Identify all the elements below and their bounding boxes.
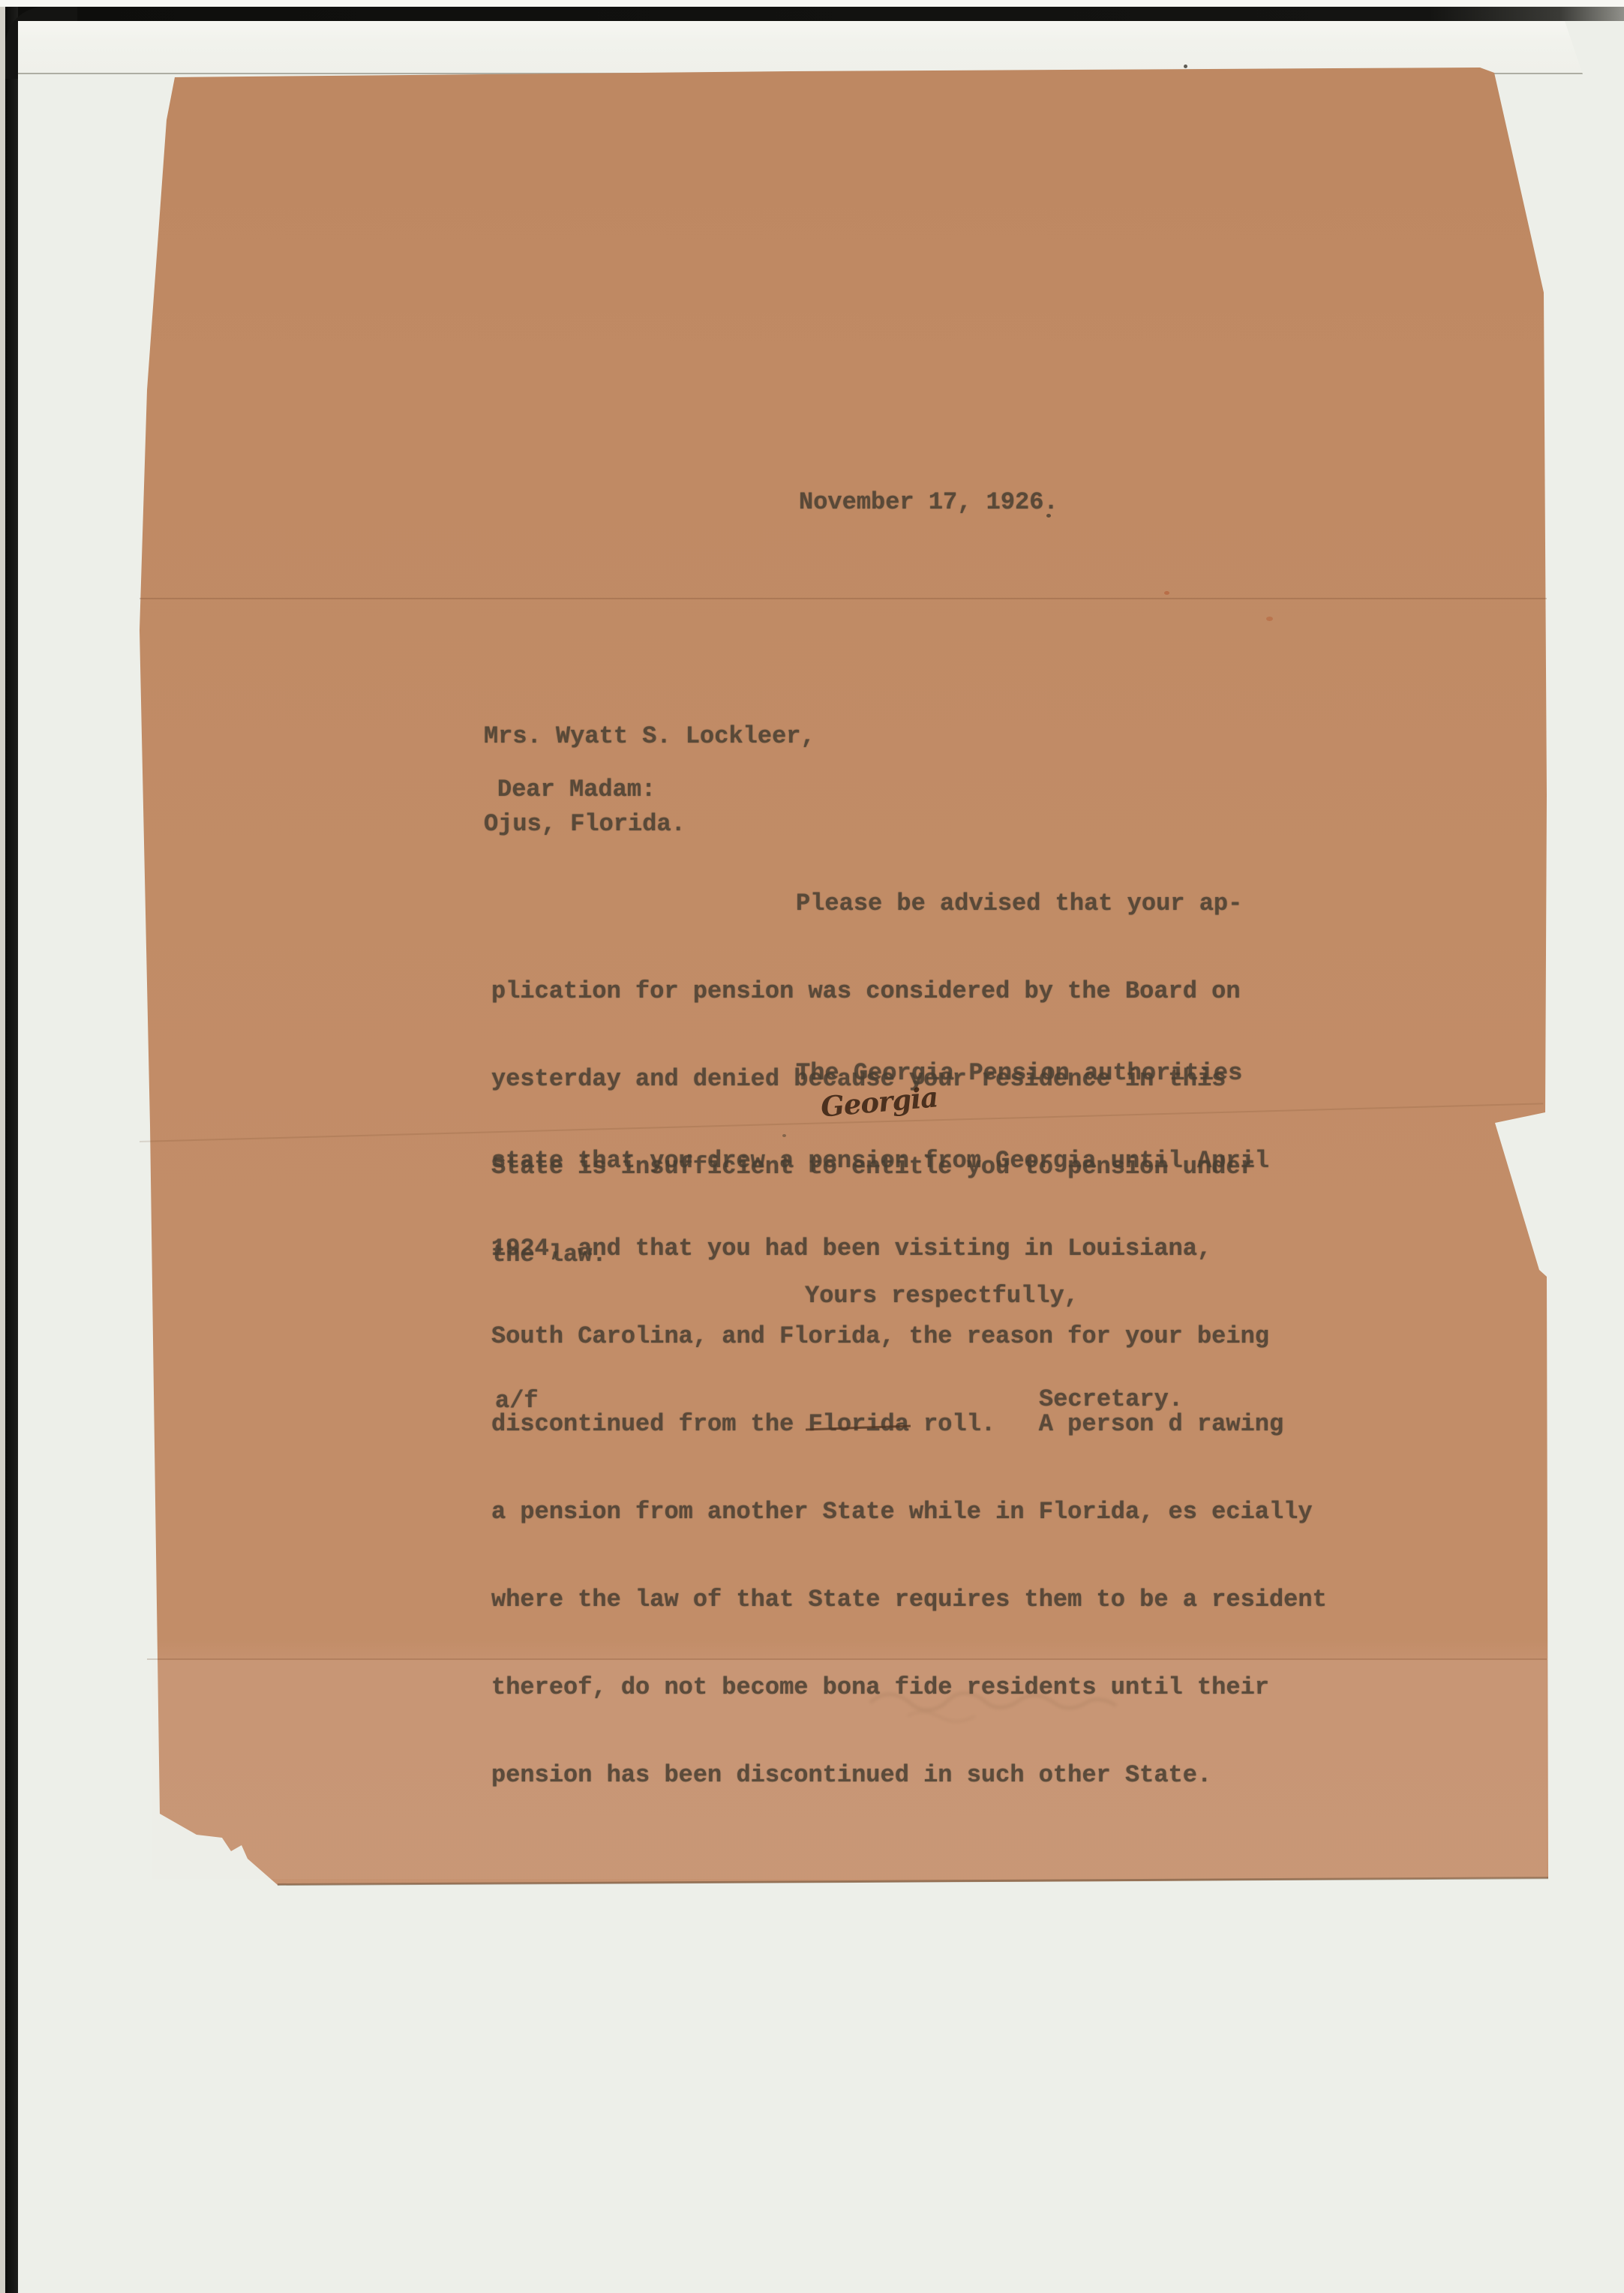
paragraph-line: 1924, and that you had been visiting in …: [491, 1234, 1327, 1263]
struck-word: Florida: [808, 1409, 908, 1439]
recipient-name: Mrs. Wyatt S. Lockleer,: [484, 722, 815, 751]
paragraph-line: where the law of that State requires the…: [491, 1585, 1327, 1614]
corrected-line: discontinued from the Florida roll. A pe…: [491, 1409, 1327, 1439]
paragraph-line: Please be advised that your ap-: [491, 889, 1255, 918]
paragraph-line: pension has been discontinued in such ot…: [491, 1760, 1327, 1790]
signature-title: Secretary.: [1039, 1385, 1183, 1414]
scanner-frame-top: [0, 7, 1624, 21]
scanner-lid-strip: [18, 21, 1583, 74]
closing: Yours respectfully,: [805, 1281, 1079, 1310]
dust-speck: [1184, 65, 1187, 68]
scanner-frame-left: [5, 7, 18, 2293]
scanner-top-edge: [0, 0, 1624, 7]
corrected-line-prefix: discontinued from the: [491, 1410, 808, 1438]
ghost-writing-smudge: [863, 1673, 1133, 1725]
rust-speck: [1164, 591, 1169, 595]
corrected-line-suffix: roll. A person d rawing: [909, 1410, 1283, 1438]
typist-initials: a/f: [495, 1386, 539, 1415]
fold-crease-top: [140, 598, 1547, 599]
paragraph-line: South Carolina, and Florida, the reason …: [491, 1322, 1327, 1351]
rust-speck: [1266, 617, 1273, 621]
scanned-letter-page: November 17, 1926. Mrs. Wyatt S. Locklee…: [0, 0, 1624, 2293]
scanner-left-margin: [0, 7, 5, 2293]
letter-date: November 17, 1926.: [799, 488, 1058, 517]
salutation: Dear Madam:: [497, 775, 656, 804]
paragraph-line: a pension from another State while in Fl…: [491, 1497, 1327, 1526]
paragraph-line: state that you drew a pension from Georg…: [491, 1146, 1327, 1175]
